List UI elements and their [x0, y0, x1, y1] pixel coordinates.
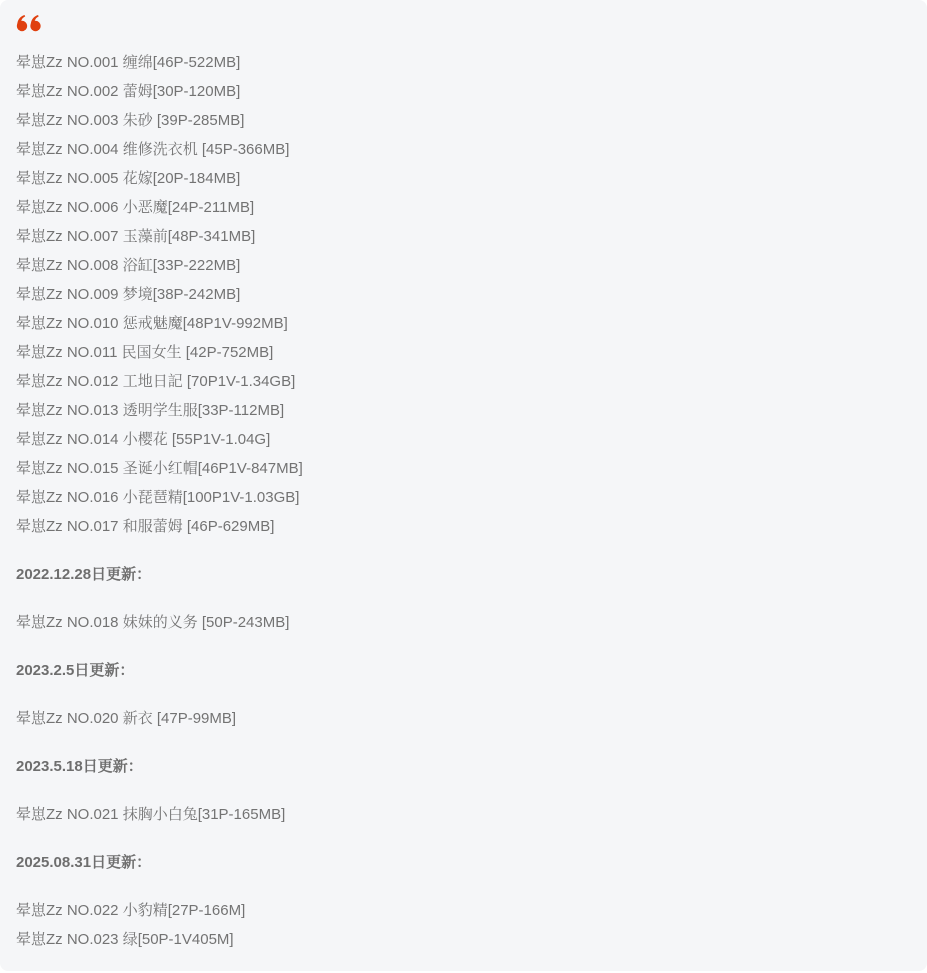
update-section-2022-12-28: 2022.12.28日更新： 晕崽Zz NO.018 妹妹的义务 [50P-24… [16, 560, 911, 637]
list-item: 晕崽Zz NO.002 蕾姆[30P-120MB] [16, 77, 911, 106]
update-section-2023-5-18: 2023.5.18日更新： 晕崽Zz NO.021 抹胸小白兔[31P-165M… [16, 752, 911, 829]
list-item: 晕崽Zz NO.017 和服蕾姆 [46P-629MB] [16, 512, 911, 541]
initial-item-list: 晕崽Zz NO.001 缠绵[46P-522MB] 晕崽Zz NO.002 蕾姆… [16, 48, 911, 541]
list-item: 晕崽Zz NO.015 圣诞小红帽[46P1V-847MB] [16, 454, 911, 483]
update-section-2025-08-31: 2025.08.31日更新： 晕崽Zz NO.022 小豹精[27P-166M]… [16, 848, 911, 954]
update-heading: 2023.2.5日更新： [16, 656, 911, 685]
update-heading: 2025.08.31日更新： [16, 848, 911, 877]
blockquote: 晕崽Zz NO.001 缠绵[46P-522MB] 晕崽Zz NO.002 蕾姆… [0, 0, 927, 971]
list-item: 晕崽Zz NO.020 新衣 [47P-99MB] [16, 704, 911, 733]
update-heading: 2023.5.18日更新： [16, 752, 911, 781]
update-heading: 2022.12.28日更新： [16, 560, 911, 589]
list-item: 晕崽Zz NO.021 抹胸小白兔[31P-165MB] [16, 800, 911, 829]
list-item: 晕崽Zz NO.022 小豹精[27P-166M] [16, 896, 911, 925]
list-item: 晕崽Zz NO.005 花嫁[20P-184MB] [16, 164, 911, 193]
list-item: 晕崽Zz NO.016 小琵琶精[100P1V-1.03GB] [16, 483, 911, 512]
list-item: 晕崽Zz NO.023 绿[50P-1V405M] [16, 925, 911, 954]
list-item: 晕崽Zz NO.006 小恶魔[24P-211MB] [16, 193, 911, 222]
list-item: 晕崽Zz NO.013 透明学生服[33P-112MB] [16, 396, 911, 425]
list-item: 晕崽Zz NO.018 妹妹的义务 [50P-243MB] [16, 608, 911, 637]
list-item: 晕崽Zz NO.014 小樱花 [55P1V-1.04G] [16, 425, 911, 454]
list-item: 晕崽Zz NO.007 玉藻前[48P-341MB] [16, 222, 911, 251]
list-item: 晕崽Zz NO.001 缠绵[46P-522MB] [16, 48, 911, 77]
update-section-2023-2-5: 2023.2.5日更新： 晕崽Zz NO.020 新衣 [47P-99MB] [16, 656, 911, 733]
list-item: 晕崽Zz NO.011 民国女生 [42P-752MB] [16, 338, 911, 367]
list-item: 晕崽Zz NO.003 朱砂 [39P-285MB] [16, 106, 911, 135]
list-item: 晕崽Zz NO.010 惩戒魅魔[48P1V-992MB] [16, 309, 911, 338]
list-item: 晕崽Zz NO.004 维修洗衣机 [45P-366MB] [16, 135, 911, 164]
list-item: 晕崽Zz NO.008 浴缸[33P-222MB] [16, 251, 911, 280]
quote-open-icon [16, 14, 42, 32]
list-item: 晕崽Zz NO.012 工地日記 [70P1V-1.34GB] [16, 367, 911, 396]
list-item: 晕崽Zz NO.009 梦境[38P-242MB] [16, 280, 911, 309]
